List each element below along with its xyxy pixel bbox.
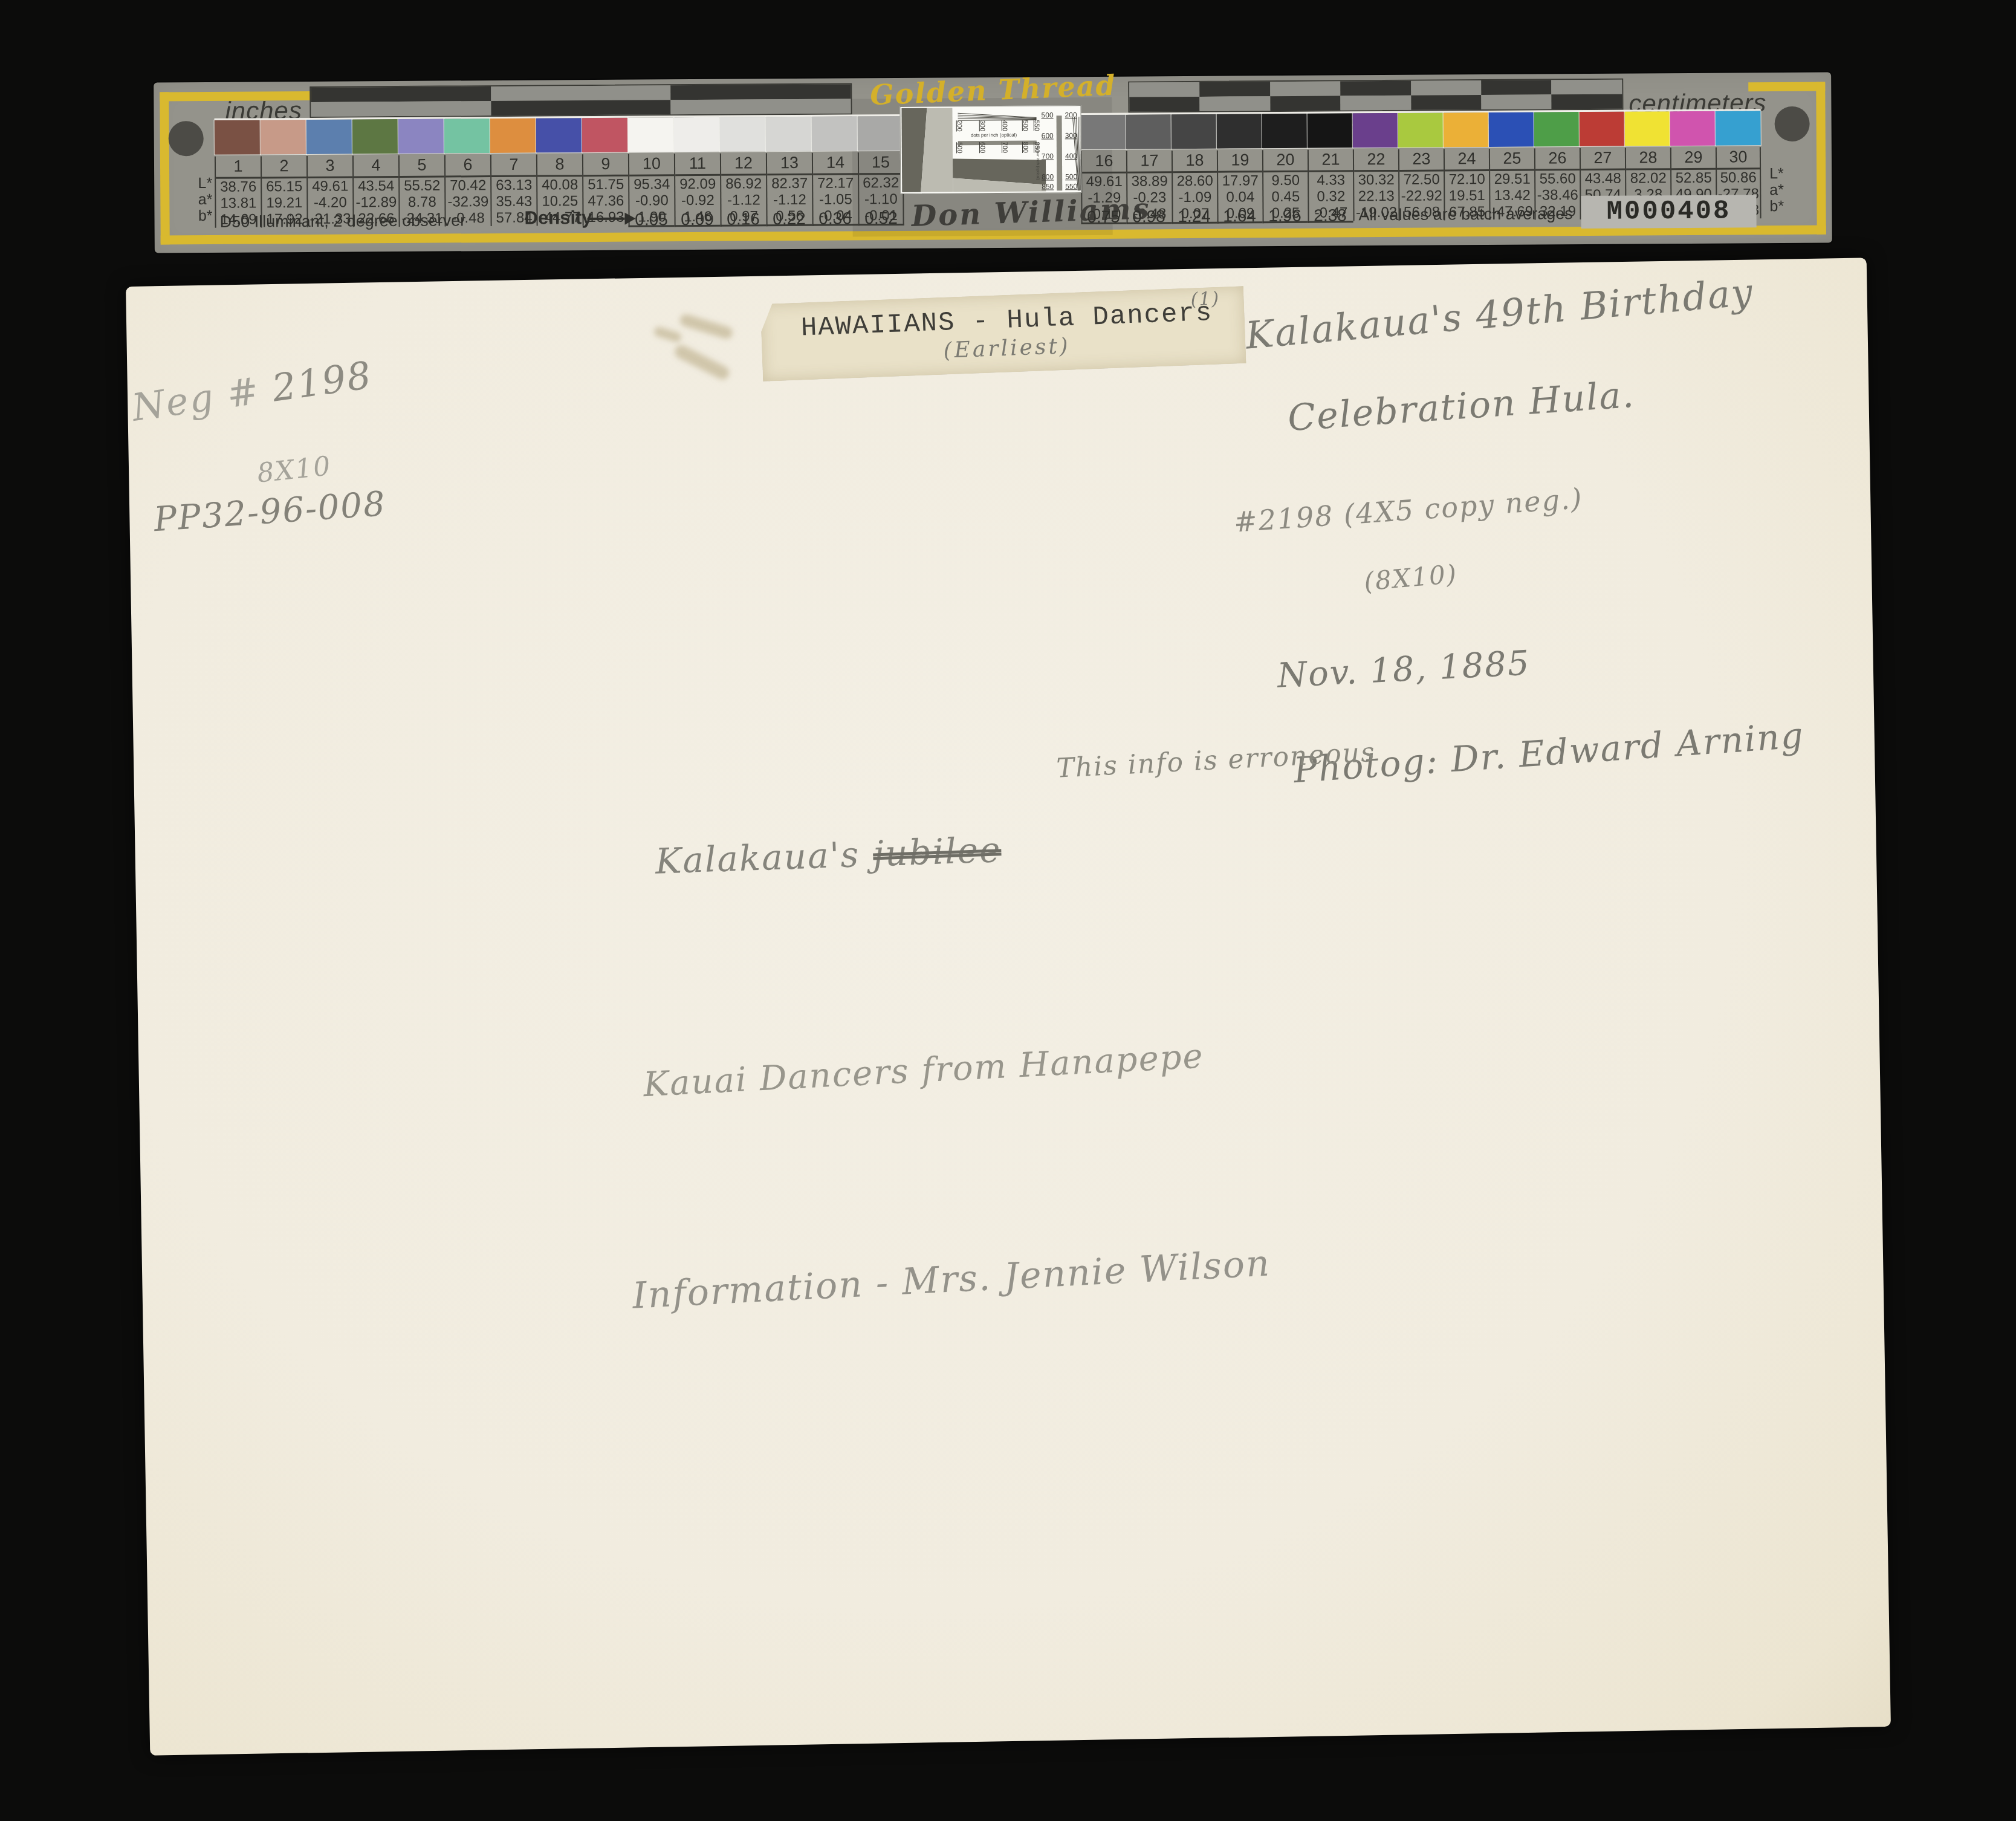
lab-value: 51.75 [583, 177, 628, 193]
patch-number: 27 [1581, 148, 1625, 170]
lab-row-label: a* [1769, 182, 1796, 198]
smudge-mark [653, 326, 682, 343]
checkerboard-cell [1411, 95, 1482, 110]
patch-number: 24 [1445, 149, 1489, 171]
lab-value: 40.08 [537, 177, 582, 193]
lab-value: -1.09 [1173, 189, 1217, 206]
dpi-tick-label: 500 [956, 142, 963, 153]
lab-value: 52.85 [1671, 170, 1716, 186]
dpi-tick-label: 550 [1065, 182, 1077, 190]
lab-row-label: a* [186, 192, 212, 208]
resolution-target-shapes [900, 106, 1081, 193]
color-patch-3 [306, 119, 352, 154]
density-value: 1.64 [1216, 206, 1262, 226]
density-value: 0.16 [720, 209, 766, 229]
color-patch-21 [1308, 113, 1353, 148]
color-patch-22 [1353, 113, 1398, 148]
dpi-caption: dots per inch (optical) [971, 132, 1017, 138]
patch-number: 3 [308, 155, 352, 178]
color-patch-29 [1670, 111, 1716, 146]
patch-number: 7 [491, 155, 536, 177]
color-patch-15 [858, 116, 904, 151]
patch-number: 10 [629, 154, 674, 176]
dpi-tick-label: 800 [1042, 172, 1054, 181]
lab-value: 43.48 [1581, 170, 1625, 187]
patch-number: 1 [216, 156, 261, 178]
checkerboard-cell [1270, 81, 1341, 96]
lab-value: 50.86 [1717, 169, 1760, 186]
patch-number: 23 [1399, 149, 1444, 171]
color-patch-25 [1489, 112, 1534, 147]
lab-value: 43.54 [354, 178, 398, 194]
density-value: 0.75 [1080, 207, 1126, 227]
patch-number: 28 [1626, 148, 1670, 170]
patch-number: 9 [583, 154, 628, 177]
patch-number: 14 [813, 152, 858, 175]
yellow-frame-left [160, 92, 170, 244]
lab-value: -22.92 [1399, 187, 1444, 204]
lab-value: 70.42 [446, 177, 490, 193]
struck-title-prefix: Kalakaua's [655, 834, 861, 881]
dpi-tick-label: 400 [1065, 152, 1077, 160]
checkerboard-cell [1481, 80, 1552, 95]
caption-superscript: (1) [1190, 288, 1220, 311]
cm-checkerboard [1128, 79, 1623, 113]
smudge-mark [678, 313, 734, 340]
lab-value: 63.13 [491, 177, 536, 193]
neg-number-value: 2198 [270, 352, 375, 410]
checkerboard-row [311, 99, 851, 116]
dpi-tick-label: 200 [956, 120, 963, 131]
checkerboard-cell [1129, 97, 1200, 112]
yellow-frame-right [1816, 82, 1826, 235]
color-patch-16 [1081, 115, 1126, 149]
checkerboard-cell [1411, 80, 1482, 96]
patch-number: 18 [1173, 151, 1217, 173]
lab-value: 38.76 [216, 178, 261, 195]
lab-value: 82.02 [1626, 170, 1670, 186]
patch-number: 30 [1717, 147, 1760, 169]
dpi-tick-label: 300 [1065, 131, 1077, 140]
neg-number-prefix: Neg # [129, 368, 262, 430]
lab-value: 0.45 [1263, 189, 1308, 205]
dpi-tick-label: 550 [1033, 120, 1040, 131]
color-patch-13 [766, 117, 812, 151]
lab-value: 55.52 [400, 178, 444, 194]
batch-note: All values are batch averages [1358, 204, 1572, 224]
checkerboard-cell [1129, 82, 1200, 97]
neg-info-note: #2198 (4X5 copy neg.) [1233, 482, 1584, 539]
checkerboard-cell [311, 86, 491, 102]
color-patch-27 [1580, 112, 1625, 146]
checkerboard-cell [1481, 94, 1552, 109]
lab-value: 0.04 [1218, 189, 1262, 205]
dpi-tick-label: 500 [1065, 172, 1077, 181]
accession-number: PP32-96-008 [152, 484, 387, 539]
lab-value: 38.89 [1127, 173, 1172, 189]
patch-number: 21 [1309, 149, 1353, 172]
lab-value: -1.12 [767, 192, 812, 208]
typed-caption-label: HAWAIIANS - Hula Dancers (1) (Earliest) [760, 286, 1246, 381]
lab-value: 22.13 [1354, 188, 1398, 204]
lab-value: -4.20 [308, 194, 352, 210]
density-value: 0.98 [1126, 207, 1172, 226]
lab-row-labels-left: L*a*b* [186, 175, 212, 224]
lab-value: 30.32 [1354, 172, 1398, 188]
lab-value: 0.32 [1309, 188, 1353, 204]
smudge-mark [673, 343, 731, 381]
patch-number: 12 [721, 153, 766, 175]
lab-value: 13.81 [216, 195, 261, 211]
lab-value: -12.89 [354, 194, 398, 210]
density-value: 0.05 [628, 210, 674, 229]
lab-row-label: L* [186, 175, 212, 192]
color-patch-4 [352, 119, 398, 154]
lab-value: -0.90 [629, 192, 674, 209]
lab-value: 4.33 [1309, 172, 1353, 188]
lab-value: -1.12 [721, 192, 766, 208]
target-id-code: M000408 [1581, 195, 1756, 229]
lab-value: 8.78 [400, 194, 444, 210]
patch-number: 2 [262, 156, 306, 178]
checkerboard-cell [1552, 80, 1622, 95]
lab-value: 95.34 [629, 176, 674, 192]
inch-checkerboard [310, 83, 852, 117]
dpi-tick-label: 500 [1022, 120, 1029, 131]
density-value: 0.09 [674, 210, 720, 229]
resolution-target: 2003004005005505006007008008505006007008… [899, 105, 1081, 194]
lab-value: 28.60 [1173, 173, 1217, 189]
density-value: 0.52 [858, 209, 904, 228]
lab-value: 72.17 [813, 175, 858, 191]
checkerboard-row [1129, 94, 1622, 112]
lab-value: 49.61 [1082, 174, 1126, 190]
lab-value: 49.61 [308, 178, 352, 194]
dpi-tick-label: 200 [1065, 111, 1077, 119]
density-value: 1.96 [1262, 206, 1308, 226]
lab-value: 82.37 [767, 175, 812, 192]
lab-value: 72.50 [1399, 171, 1444, 187]
lab-value: -38.46 [1535, 187, 1580, 203]
dancers-note: Kauai Dancers from Hanapepe [643, 1036, 1205, 1105]
color-patch-20 [1262, 114, 1308, 148]
title-line2: Celebration Hula. [1286, 374, 1636, 440]
lab-value: -1.10 [859, 191, 903, 207]
lab-value: 86.92 [721, 175, 766, 192]
color-patch-8 [536, 118, 582, 152]
checkerboard-cell [1270, 96, 1341, 111]
density-arrow-line [588, 218, 625, 220]
registration-dot-right [1774, 106, 1809, 141]
neg-number-note: Neg # 2198 [129, 352, 375, 430]
dpi-tick-label: 500 [1041, 111, 1053, 119]
patch-number: 25 [1490, 149, 1534, 171]
patch-number: 5 [400, 155, 444, 178]
lab-value: 19.51 [1445, 187, 1489, 204]
color-patch-2 [261, 120, 306, 154]
density-value: 2.38 [1307, 206, 1353, 225]
date-note: Nov. 18, 1885 [1276, 643, 1531, 695]
checkerboard-cell [1200, 82, 1271, 97]
color-patch-11 [674, 117, 720, 152]
lab-row-label: b* [186, 208, 212, 224]
photo-verso-paper: HAWAIIANS - Hula Dancers (1) (Earliest) … [126, 258, 1891, 1755]
info-source-note: Information - Mrs. Jennie Wilson [631, 1242, 1271, 1317]
color-patch-14 [812, 116, 858, 151]
dpi-tick-label: 600 [979, 142, 986, 153]
struck-word: jubilee [872, 829, 1002, 874]
dpi-caption-vertical: dots per inch (optical) [1036, 143, 1040, 180]
color-patch-26 [1534, 112, 1580, 146]
patch-number: 26 [1535, 148, 1580, 170]
density-value: 0.36 [812, 209, 858, 228]
patch-number: 13 [767, 153, 812, 175]
patch-number: 11 [675, 154, 720, 176]
dpi-tick-label: 700 [1001, 142, 1008, 153]
color-patch-19 [1217, 114, 1262, 148]
dpi-tick-label: 300 [979, 120, 986, 131]
checkerboard-cell [491, 100, 671, 115]
checkerboard-cell [1200, 96, 1271, 111]
registration-dot-left [169, 121, 204, 156]
color-patch-6 [444, 118, 490, 153]
density-value: 1.24 [1171, 207, 1217, 226]
color-patch-1 [215, 120, 261, 154]
illuminant-note: D50 Illuminant, 2 degree observer [219, 211, 465, 231]
patch-number: 4 [354, 155, 398, 178]
checkerboard-cell [311, 101, 491, 117]
lab-value: 9.50 [1263, 172, 1308, 189]
dpi-tick-label: 800 [1022, 141, 1029, 152]
dpi-tick-label: 600 [1042, 131, 1054, 140]
color-patch-17 [1126, 114, 1172, 149]
color-patch-18 [1172, 114, 1217, 149]
patch-number: 15 [859, 152, 903, 175]
calibration-target-bar: inches centimeters 3210 01234567 Golden … [154, 73, 1832, 253]
lab-value: 72.10 [1445, 171, 1489, 187]
dpi-tick-label: 850 [1042, 182, 1054, 190]
checkerboard-cell [1552, 94, 1622, 109]
lab-value: -0.92 [675, 192, 720, 209]
color-patch-30 [1716, 111, 1761, 145]
caption-earliest: (Earliest) [943, 334, 1071, 363]
patch-number: 19 [1218, 150, 1262, 172]
lab-row-labels-right: L*a*b* [1769, 166, 1796, 215]
title-line1: Kalakaua's 49th Birthday [1244, 270, 1755, 357]
color-patch-9 [582, 118, 628, 152]
neg-size-note: 8X10 [256, 450, 333, 489]
lab-value: -1.05 [813, 191, 858, 207]
density-value: 0.22 [766, 209, 812, 229]
patch-number: 6 [446, 155, 490, 177]
checkerboard-cell [1340, 81, 1411, 96]
lab-value: 55.60 [1535, 170, 1580, 187]
lab-value: 17.97 [1218, 172, 1262, 189]
lab-value: 13.42 [1490, 187, 1534, 204]
struck-title-line: Kalakaua'sjubilee [655, 829, 1002, 881]
color-patch-24 [1444, 112, 1489, 147]
patch-number: 22 [1354, 149, 1398, 172]
patch-strip-left [215, 114, 904, 155]
color-patch-7 [490, 118, 536, 153]
lab-value: 92.09 [675, 176, 720, 192]
lab-value: 29.51 [1490, 171, 1534, 187]
lab-row-label: b* [1769, 198, 1796, 215]
dpi-tick-label: 700 [1042, 152, 1054, 160]
checkerboard-cell [671, 99, 851, 114]
dpi-tick-label: 400 [1001, 120, 1008, 131]
density-label: Density [524, 207, 592, 229]
color-patch-12 [720, 117, 766, 151]
patch-number: 29 [1671, 148, 1716, 170]
checkerboard-cell [671, 84, 851, 100]
patch-number: 20 [1263, 150, 1308, 172]
patch-strip-right [1081, 109, 1761, 149]
checkerboard-cell [491, 85, 671, 101]
color-patch-28 [1625, 111, 1670, 146]
color-patch-5 [398, 119, 444, 154]
color-patch-10 [628, 117, 674, 152]
lab-value: 65.15 [262, 178, 306, 195]
neg-info2-note: (8X10) [1363, 559, 1459, 596]
lab-value: 62.32 [859, 175, 903, 191]
checkerboard-cell [1341, 96, 1412, 111]
patch-number: 16 [1082, 151, 1126, 174]
lab-value: 19.21 [262, 195, 306, 211]
lab-row-label: L* [1769, 166, 1796, 182]
color-patch-23 [1398, 112, 1444, 147]
patch-number: 8 [537, 154, 582, 177]
lab-value: -32.39 [446, 193, 490, 210]
patch-number: 17 [1127, 151, 1172, 173]
